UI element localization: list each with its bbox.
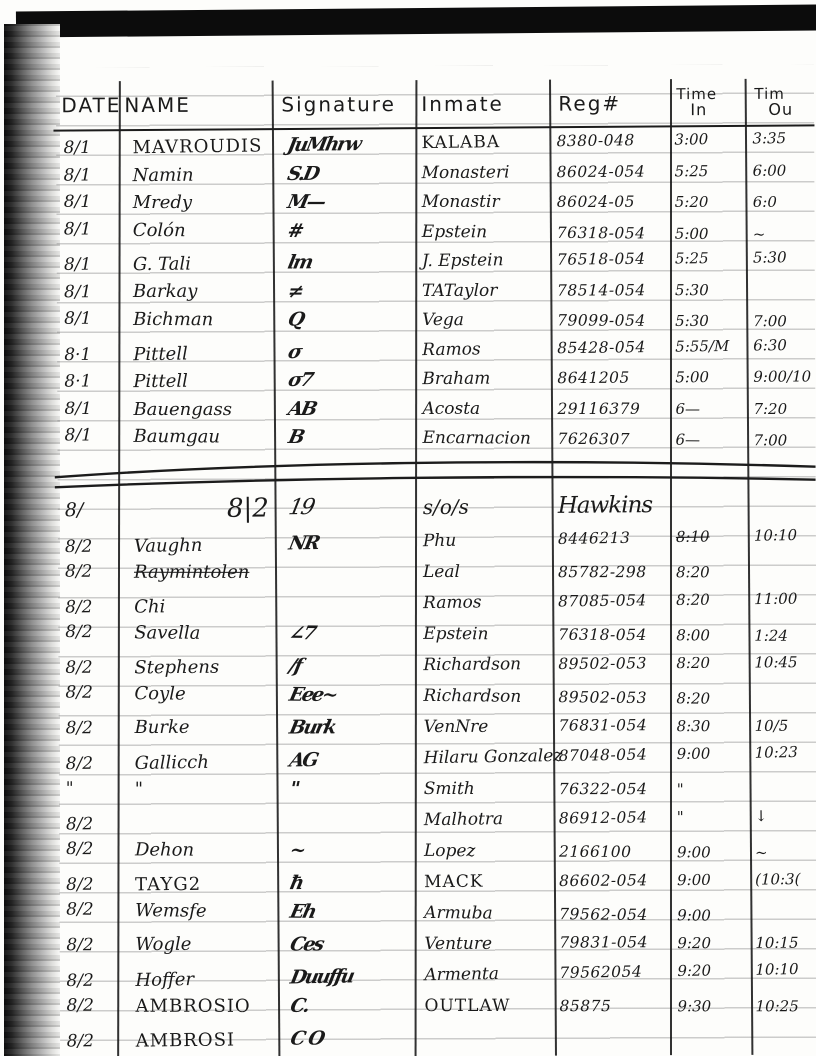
- log-row: 8/2AMBROSIOC.OUTLAW858759:3010:25: [57, 990, 816, 1022]
- cell-time-out: ~: [749, 845, 816, 860]
- cell-signature: /f: [273, 656, 417, 676]
- cell-date: 8/2: [55, 598, 118, 616]
- cell-time-out: [750, 1032, 816, 1033]
- log-row: 8/2Dehon~Lopez21661009:00~: [56, 834, 816, 869]
- cell-reg: 8641205: [551, 370, 669, 386]
- cell-inmate: Epstein: [415, 625, 552, 643]
- cell-date: 8/1: [54, 167, 117, 184]
- cell-time-in: 5:30: [669, 283, 747, 298]
- header-cell: NAME: [116, 81, 273, 129]
- cell-name: Coyle: [118, 684, 275, 704]
- cell-signature: JuMhrw: [272, 135, 416, 156]
- cell-time-in: 9:00: [671, 845, 749, 860]
- cell-signature: [275, 603, 415, 605]
- log-row: 8/2CoyleEee~Richardson89502-0538:20: [55, 677, 816, 715]
- visitor-log-table: DATENAMESignatureInmateReg#TimeInTimOu 8…: [53, 79, 816, 1056]
- cell-reg: [554, 1034, 672, 1035]
- header-label: Time: [676, 87, 746, 102]
- cell-signature: Eh: [274, 902, 418, 922]
- log-row: 8·1Pittellσ7Braham86412055:009:00/10: [54, 362, 815, 397]
- cell-name: Barkay: [117, 283, 274, 302]
- cell-time-in: 5:25: [669, 164, 747, 180]
- cell-inmate: [417, 1036, 554, 1038]
- cell-date: 8/2: [56, 720, 119, 737]
- cell-time-out: 7:00: [747, 433, 815, 448]
- cell-inmate: Braham: [414, 370, 551, 388]
- cell-reg: 79831-054: [553, 935, 671, 951]
- cell-signature: σ7: [272, 370, 416, 390]
- cell-time-in: ": [671, 782, 749, 797]
- cell-time-in: 5:20: [669, 195, 747, 210]
- cell-time-in: 6—: [669, 433, 747, 449]
- cell-date: 8/2: [57, 1032, 120, 1050]
- cell-time-in: 5:25: [669, 251, 747, 267]
- cell-reg: 85875: [554, 998, 672, 1014]
- cell-reg: 85782-298: [552, 564, 670, 580]
- cell-date: 8/2: [56, 876, 119, 893]
- cell-inmate: Epstein: [414, 224, 551, 242]
- cell-signature: lm: [272, 252, 416, 273]
- cell-signature: Eee~: [273, 685, 417, 705]
- cell-name: Dehon: [119, 840, 276, 859]
- cell-signature: Ces: [274, 935, 418, 955]
- header-cell: TimOu: [746, 79, 814, 126]
- cell-date: 8·1: [54, 346, 117, 364]
- cell-reg: 8446213: [552, 529, 670, 546]
- cell-signature: Q: [272, 311, 416, 330]
- section-divider-line: [55, 452, 816, 489]
- cell-inmate: Acosta: [414, 401, 551, 418]
- cell-signature: [276, 820, 416, 822]
- cell-name: Bichman: [117, 311, 274, 330]
- cell-signature: ħ: [274, 873, 418, 893]
- log-row: 8/2AMBROSIC O: [56, 1017, 816, 1056]
- cell-name: 8|2: [118, 495, 275, 522]
- log-row: 8/1BauengassABAcosta291163796—7:20: [54, 395, 815, 425]
- cell-name: AMBROSI: [120, 1030, 277, 1050]
- header-cell: DATE: [53, 81, 116, 128]
- header-cell: Inmate: [413, 80, 550, 127]
- cell-name: Wogle: [119, 936, 276, 955]
- cell-inmate: Phu: [415, 531, 552, 550]
- cell-reg: 76518-054: [551, 252, 669, 269]
- cell-reg: 86024-054: [551, 164, 669, 180]
- cell-date: 8/2: [55, 684, 118, 702]
- cell-name: Burke: [119, 719, 276, 738]
- cell-date: 8/2: [55, 624, 118, 641]
- cell-date: 8/1: [54, 221, 117, 238]
- cell-reg: 2166100: [553, 844, 671, 860]
- cell-reg: 79562-054: [553, 906, 671, 923]
- cell-time-out: 3:35: [746, 131, 814, 147]
- cell-name: Mredy: [117, 194, 274, 212]
- cell-date: 8·1: [54, 373, 117, 390]
- cell-name: MAVROUDIS: [116, 137, 273, 157]
- cell-inmate: Monastir: [414, 194, 551, 211]
- cell-signature: C O: [275, 1028, 419, 1049]
- cell-reg: Hawkins: [552, 493, 670, 517]
- scan-top-border: [16, 4, 816, 37]
- cell-time-out: 6:30: [747, 337, 815, 353]
- cell-time-in: 5:00: [669, 226, 747, 242]
- cell-name: AMBROSIO: [120, 997, 277, 1015]
- cell-inmate: Richardson: [415, 687, 552, 705]
- cell-name: [119, 822, 276, 824]
- cell-signature: Burk: [274, 718, 418, 738]
- cell-signature: AG: [274, 749, 418, 770]
- cell-time-in: 5:30: [669, 314, 747, 329]
- cell-date: 8/2: [56, 937, 119, 954]
- cell-name: Gallicch: [119, 752, 276, 773]
- cell-name: Baumgau: [117, 428, 274, 447]
- cell-time-out: [748, 699, 816, 700]
- log-row: """Smith76322-054": [56, 773, 816, 805]
- cell-time-in: 5:55/M: [669, 338, 747, 354]
- cell-time-in: 8:20: [670, 691, 748, 707]
- cell-reg: 86602-054: [553, 872, 671, 888]
- cell-reg: 7626307: [551, 432, 669, 448]
- cell-signature: #: [272, 222, 416, 242]
- cell-name: Hoffer: [119, 969, 276, 990]
- cell-time-out: [749, 916, 816, 917]
- cell-time-out: 9:00/10: [747, 370, 815, 385]
- cell-date: 8/2: [56, 755, 119, 773]
- cell-date: ": [56, 780, 119, 797]
- cell-inmate: Venture: [416, 935, 553, 952]
- cell-reg: 86024-05: [551, 195, 669, 211]
- cell-inmate: MACK: [416, 873, 553, 891]
- cell-date: 8/2: [56, 841, 119, 858]
- cell-inmate: Monasteri: [414, 164, 551, 182]
- cell-time-out: 10:15: [749, 935, 816, 950]
- cell-signature: B: [272, 428, 416, 448]
- log-row: 8/1NaminS.DMonasteri86024-0545:256:00: [54, 156, 815, 191]
- cell-signature: M—: [272, 193, 416, 212]
- cell-reg: 79099-054: [551, 313, 669, 329]
- cell-name: Savella: [118, 623, 275, 642]
- cell-name: Raymintolen: [118, 563, 275, 581]
- cell-time-in: 9:00: [671, 908, 749, 924]
- cell-name: Pittell: [117, 372, 274, 391]
- cell-date: 8/1: [54, 257, 117, 275]
- cell-reg: 87085-054: [552, 592, 670, 609]
- cell-date: 8/2: [57, 997, 120, 1014]
- cell-time-out: (10:3(: [749, 872, 816, 888]
- cell-reg: 8380-048: [550, 133, 668, 150]
- cell-date: 8/: [55, 500, 118, 520]
- cell-time-out: 6:00: [747, 163, 815, 178]
- cell-inmate: s/o/s: [415, 495, 552, 516]
- cell-inmate: VenNre: [416, 718, 553, 735]
- cell-reg: 29116379: [551, 402, 669, 418]
- cell-inmate: Hilaru Gonzalez: [416, 748, 553, 767]
- cell-time-in: 8:00: [670, 628, 748, 643]
- header-cell: TimeIn: [668, 79, 746, 126]
- header-cell: Signature: [273, 80, 413, 127]
- cell-signature: σ: [272, 341, 416, 362]
- cell-date: 8/1: [54, 311, 117, 328]
- cell-reg: 76318-054: [551, 225, 669, 241]
- cell-time-out: 10:10: [749, 961, 816, 977]
- cell-time-out: 7:20: [747, 402, 815, 417]
- cell-time-in: 3:00: [668, 132, 746, 148]
- cell-time-in: ": [671, 809, 749, 825]
- cell-inmate: TATaylor: [414, 282, 551, 299]
- header-label: DATE: [61, 95, 116, 115]
- cell-time-in: 9:20: [671, 935, 749, 950]
- cell-time-out: 10:25: [750, 999, 816, 1014]
- header-label: Signature: [281, 94, 413, 114]
- cell-signature: ∠7: [273, 624, 417, 644]
- cell-signature: S.D: [272, 164, 416, 184]
- cell-signature: AB: [272, 400, 416, 419]
- cell-date: 8/1: [54, 401, 117, 418]
- cell-name: ": [119, 780, 276, 798]
- cell-reg: 89502-053: [552, 689, 670, 706]
- cell-name: Chi: [118, 596, 275, 616]
- header-label: Reg#: [558, 93, 668, 113]
- cell-signature: 19: [273, 496, 417, 519]
- cell-date: 8/2: [55, 538, 118, 556]
- book-binding-edge: [4, 24, 60, 1056]
- cell-time-out: 7:00: [747, 314, 815, 329]
- cell-name: Vaughn: [118, 535, 275, 556]
- cell-time-in: 8:20: [670, 592, 748, 608]
- cell-inmate: KALABA: [413, 134, 550, 153]
- section-aug2: 8/2VaughnNRPhu84462138:1010:108/2Raymint…: [55, 524, 816, 1054]
- cell-inmate: OUTLAW: [417, 997, 554, 1014]
- cell-inmate: Malhotra: [416, 810, 553, 829]
- cell-reg: 86912-054: [553, 809, 671, 826]
- cell-date: 8/1: [54, 284, 117, 301]
- cell-time-in: 8:20: [670, 655, 748, 671]
- cell-inmate: Lopez: [416, 842, 553, 860]
- cell-name: G. Tali: [117, 254, 274, 274]
- cell-time-in: 5:00: [669, 370, 747, 386]
- cell-time-in: 9:20: [671, 962, 749, 978]
- header-label: Ou: [754, 102, 814, 118]
- cell-signature: NR: [273, 532, 417, 553]
- cell-name: Stephens: [118, 657, 275, 676]
- cell-time-out: ~: [747, 227, 815, 242]
- cell-reg: 87048-054: [553, 746, 671, 763]
- log-row: 8/1BaumgauBEncarnacion76263076—7:00: [54, 421, 815, 456]
- log-row: 8/1Barkay≠TATaylor78514-0545:30: [54, 275, 815, 307]
- cell-time-out: 11:00: [748, 591, 816, 607]
- cell-inmate: Ramos: [415, 593, 552, 612]
- cell-date: 8/1: [53, 140, 116, 158]
- section-aug1: 8/1MAVROUDISJuMhrwKALABA8380-0483:003:35…: [53, 128, 815, 455]
- cell-time-in: [670, 504, 748, 505]
- cell-inmate: Encarnacion: [414, 430, 551, 448]
- header-label: NAME: [124, 94, 273, 115]
- log-row: 8/1MredyM—Monastir86024-055:206:0: [54, 188, 815, 218]
- log-row: 8/2RaymintolenLeal85782-2988:20: [55, 556, 816, 588]
- cell-time-out: 6:0: [747, 195, 815, 210]
- cell-time-out: 10/5: [749, 718, 816, 733]
- cell-inmate: Vega: [414, 312, 551, 329]
- table-rows: 8/1MAVROUDISJuMhrwKALABA8380-0483:003:35…: [53, 128, 816, 1054]
- cell-time-in: [672, 1033, 750, 1034]
- cell-time-out: 10:23: [748, 744, 816, 760]
- log-row: 8/2WemsfeEhArmuba79562-0549:00: [56, 894, 816, 932]
- cell-reg: 85428-054: [551, 339, 669, 356]
- cell-reg: 79562054: [553, 963, 671, 980]
- header-cell: Reg#: [550, 79, 668, 126]
- table-header-row: DATENAMESignatureInmateReg#TimeInTimOu: [53, 79, 814, 129]
- log-row: 8/2Savella∠7Epstein76318-0548:001:24: [55, 617, 816, 652]
- cell-time-in: 9:00: [671, 872, 749, 888]
- cell-signature: C.: [275, 996, 419, 1015]
- cell-reg: 76322-054: [553, 781, 671, 797]
- cell-date: 8/2: [56, 972, 119, 990]
- cell-inmate: Armuba: [416, 904, 553, 922]
- cell-name: Bauengass: [117, 400, 274, 418]
- cell-inmate: Ramos: [414, 340, 551, 359]
- cell-signature: ": [274, 779, 418, 798]
- header-label: Inmate: [421, 93, 550, 113]
- cell-reg: 76831-054: [553, 718, 671, 734]
- cell-time-in: 6—: [669, 402, 747, 417]
- cell-reg: 89502-053: [552, 655, 670, 671]
- cell-date: 8/2: [55, 563, 118, 580]
- scanned-log-page: DATENAMESignatureInmateReg#TimeInTimOu 8…: [0, 0, 816, 1056]
- cell-reg: 76318-054: [552, 627, 670, 643]
- cell-time-out: 1:24: [748, 628, 816, 643]
- cell-date: 8/2: [56, 901, 119, 919]
- cell-date: 8/1: [54, 428, 117, 445]
- cell-name: Wemsfe: [119, 901, 276, 921]
- cell-date: 8/2: [55, 659, 118, 676]
- cell-time-out: [748, 503, 816, 504]
- cell-time-out: 10:45: [748, 655, 816, 671]
- cell-time-out: ↓: [749, 808, 816, 824]
- cell-inmate: Smith: [416, 780, 553, 797]
- header-label: In: [676, 102, 746, 118]
- cell-inmate: Leal: [415, 563, 552, 580]
- cell-name: Namin: [117, 165, 274, 184]
- cell-time-in: 8:30: [671, 718, 749, 733]
- cell-time-out: 5:30: [747, 250, 815, 266]
- cell-inmate: Richardson: [415, 656, 552, 674]
- cell-signature: Duuffu: [275, 966, 419, 987]
- cell-date: 8/2: [56, 815, 119, 833]
- cell-name: Pittell: [117, 343, 274, 363]
- cell-signature: ~: [274, 841, 418, 861]
- cell-time-in: 8:20: [670, 565, 748, 580]
- cell-time-out: 10:10: [748, 527, 816, 543]
- cell-time-in: 8:10: [670, 528, 748, 544]
- cell-signature: ≠: [272, 282, 416, 302]
- cell-time-in: 9:00: [671, 745, 749, 761]
- cell-inmate: J. Epstein: [414, 252, 551, 270]
- cell-reg: 78514-054: [551, 283, 669, 299]
- cell-time-in: 9:30: [672, 999, 750, 1014]
- cell-name: TAYG2: [119, 874, 276, 893]
- cell-date: 8/1: [54, 194, 117, 211]
- cell-inmate: Armenta: [416, 965, 553, 984]
- cell-name: Colón: [117, 221, 274, 240]
